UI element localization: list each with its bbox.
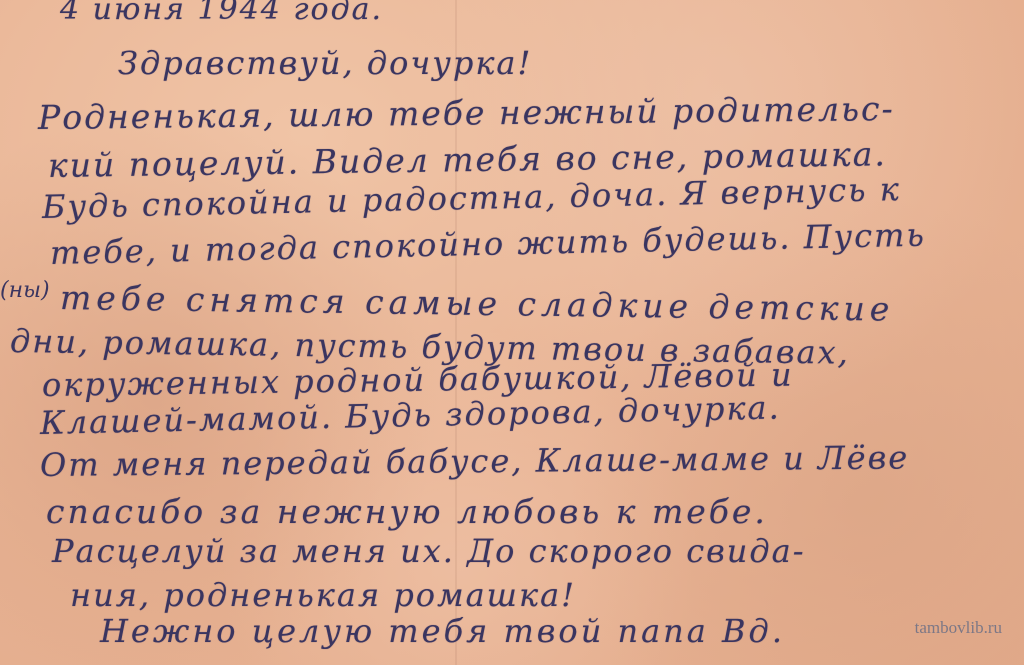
watermark: tambovlib.ru	[915, 618, 1002, 638]
letter-date: 4 июня 1944 года.	[60, 0, 383, 27]
margin-fragment: (ны)	[0, 278, 50, 303]
letter-line: Расцелуй за меня их. До скорого свида-	[52, 532, 806, 570]
letter-greeting: Здравствуй, дочурка!	[118, 44, 532, 82]
letter-line: ния, родненькая ромашка!	[70, 576, 576, 614]
letter-line: спасибо за нежную любовь к тебе.	[46, 492, 768, 531]
letter-signature-line: Нежно целую тебя твой папа Вд.	[100, 612, 785, 650]
letter-line: От меня передай бабусе, Клаше-маме и Лёв…	[40, 438, 909, 484]
